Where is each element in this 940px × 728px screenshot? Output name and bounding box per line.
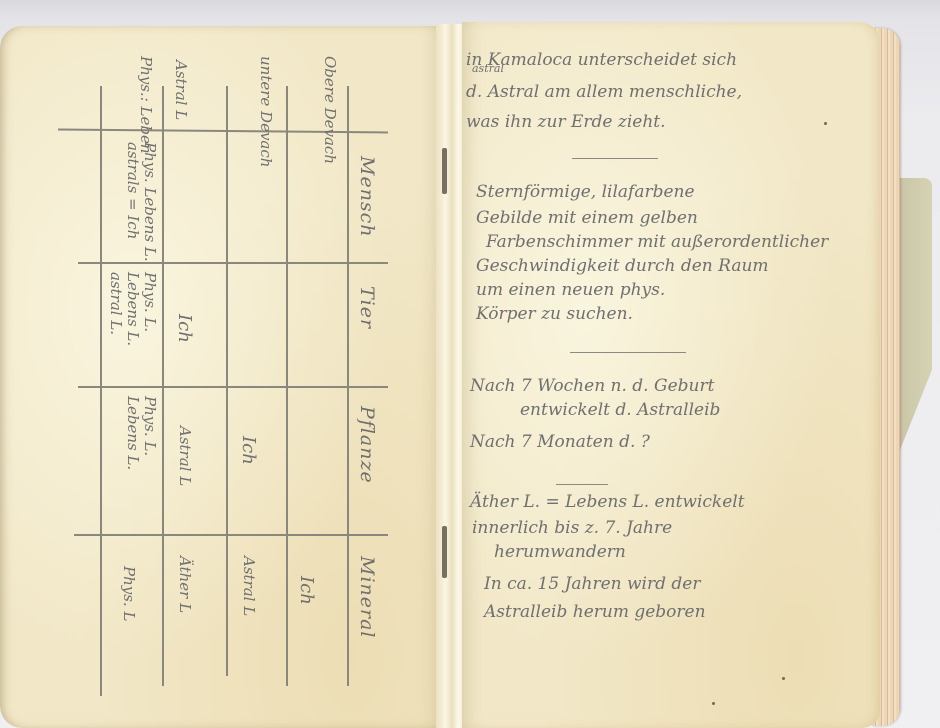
table-rule: [226, 86, 228, 676]
note-line: herumwandern: [494, 542, 626, 562]
note-line: in Kamaloca unterscheidet sich: [466, 50, 737, 70]
note-line: entwickelt d. Astralleib: [520, 400, 720, 420]
inserted-card: [896, 178, 932, 460]
cell-mineral-phys: Phys. L: [120, 566, 137, 621]
section-divider: [570, 352, 686, 353]
cell-mineral-untere: Astral L: [240, 556, 257, 616]
note-line: Nach 7 Monaten d. ?: [470, 432, 650, 452]
row-header-phys-leben: Phys.: Leben: [104, 56, 154, 154]
table-rule: [74, 534, 388, 536]
note-line: Sternförmige, lilafarbene: [476, 182, 695, 202]
cell-mineral-astral: Äther L: [176, 556, 193, 613]
note-line: Geschwindigkeit durch den Raum: [476, 256, 769, 276]
table-rule: [78, 386, 388, 388]
col-header-pflanze: Pflanze: [356, 406, 378, 484]
note-line: was ihn zur Erde zieht.: [466, 112, 666, 132]
note-line: In ca. 15 Jahren wird der: [484, 574, 700, 594]
note-line: Astralleib herum geboren: [484, 602, 706, 622]
notebook-spread: Mensch Tier Pflanze Mineral Obere Devach…: [0, 0, 940, 728]
cell-pflanze-untere: Ich: [240, 436, 257, 465]
cell-pflanze-phys: Phys. L. Lebens L.: [110, 396, 158, 506]
note-line: Gebilde mit einem gelben: [476, 208, 698, 228]
binding-stitch: [442, 526, 447, 578]
note-line: Körper zu suchen.: [476, 304, 633, 324]
pencil-dot: [782, 677, 785, 680]
note-line: Nach 7 Wochen n. d. Geburt: [470, 376, 714, 396]
life-bodies-table: Mensch Tier Pflanze Mineral Obere Devach…: [58, 86, 398, 716]
cell-tier-astral: Ich: [176, 314, 193, 343]
pencil-dot: [712, 702, 715, 705]
pencil-dot: [824, 122, 827, 125]
note-line: Äther L. = Lebens L. entwickelt: [470, 492, 745, 512]
table-rule: [162, 86, 164, 686]
col-header-mineral: Mineral: [356, 556, 378, 639]
table-rule: [286, 86, 288, 686]
cell-pflanze-astral: Astral L: [176, 426, 193, 486]
row-header-astral: Astral L: [172, 60, 189, 120]
row-header-obere-devach: Obere Devach: [298, 56, 338, 164]
col-header-mensch: Mensch: [356, 156, 378, 238]
cell-mineral-obere: Ich: [298, 576, 315, 605]
table-rule: [78, 262, 388, 264]
note-line: Farbenschimmer mit außerordentlicher: [486, 232, 828, 252]
section-divider: [572, 158, 658, 159]
cell-tier-phys: Phys. L. Lebens L. astral L.: [108, 272, 158, 382]
section-divider: [556, 484, 608, 485]
col-header-tier: Tier: [356, 286, 378, 329]
table-rule: [100, 86, 102, 696]
note-line: d. Astral am allem menschliche,: [466, 82, 742, 102]
right-page: astral in Kamaloca unterscheidet sich d.…: [462, 22, 880, 728]
row-header-untere-devach: untere Devach: [234, 56, 274, 167]
left-page: Mensch Tier Pflanze Mineral Obere Devach…: [0, 26, 440, 728]
table-rule: [347, 86, 349, 686]
note-line: um einen neuen phys.: [476, 280, 665, 300]
note-line: innerlich bis z. 7. Jahre: [472, 518, 672, 538]
cell-mensch-phys: Phys. Lebens L. astrals = Ich: [110, 142, 158, 262]
binding-stitch: [442, 148, 447, 194]
